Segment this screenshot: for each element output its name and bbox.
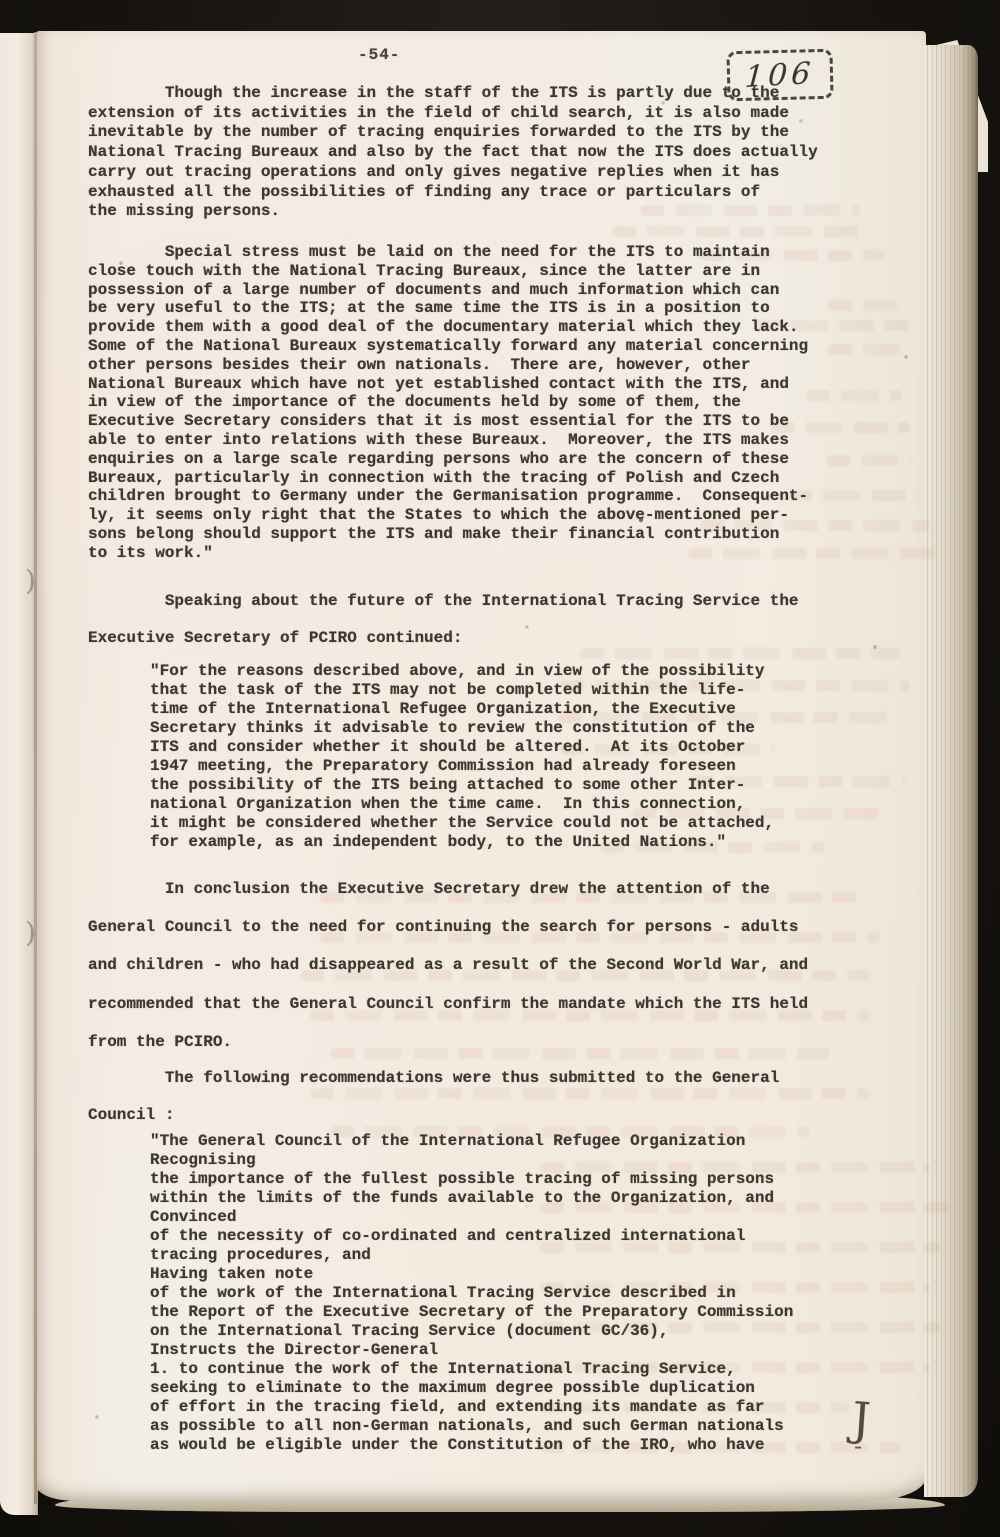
paragraph-speaking-future: Speaking about the future of the Interna… xyxy=(88,583,799,657)
bleedthrough-line xyxy=(826,455,912,466)
page-number: -54- xyxy=(358,46,428,64)
stamp-number: 106 xyxy=(744,55,816,94)
quote-general-council-resolution: "The General Council of the Internationa… xyxy=(150,1132,793,1455)
handwritten-margin-dash: - xyxy=(854,1432,862,1460)
binder-mark-icon: ) xyxy=(25,564,36,597)
bleedthrough-line xyxy=(806,390,902,401)
paragraph-recommendations-intro: The following recommendations were thus … xyxy=(88,1060,779,1134)
paragraph-staff-increase: Though the increase in the staff of the … xyxy=(88,84,818,222)
archive-stamp-box: 106 xyxy=(726,49,833,102)
binder-mark-icon: ) xyxy=(25,916,36,949)
paragraph-in-conclusion: In conclusion the Executive Secretary dr… xyxy=(88,870,808,1061)
bleedthrough-line xyxy=(612,226,862,237)
bleedthrough-line xyxy=(828,344,900,355)
bleedthrough-line xyxy=(828,300,898,311)
paper-specks xyxy=(0,0,2,2)
paragraph-special-stress: Special stress must be laid on the need … xyxy=(88,243,808,563)
book-scan: -54- 106 Though the increase in the staf… xyxy=(0,0,1000,1537)
quote-review-constitution: "For the reasons described above, and in… xyxy=(150,662,774,852)
